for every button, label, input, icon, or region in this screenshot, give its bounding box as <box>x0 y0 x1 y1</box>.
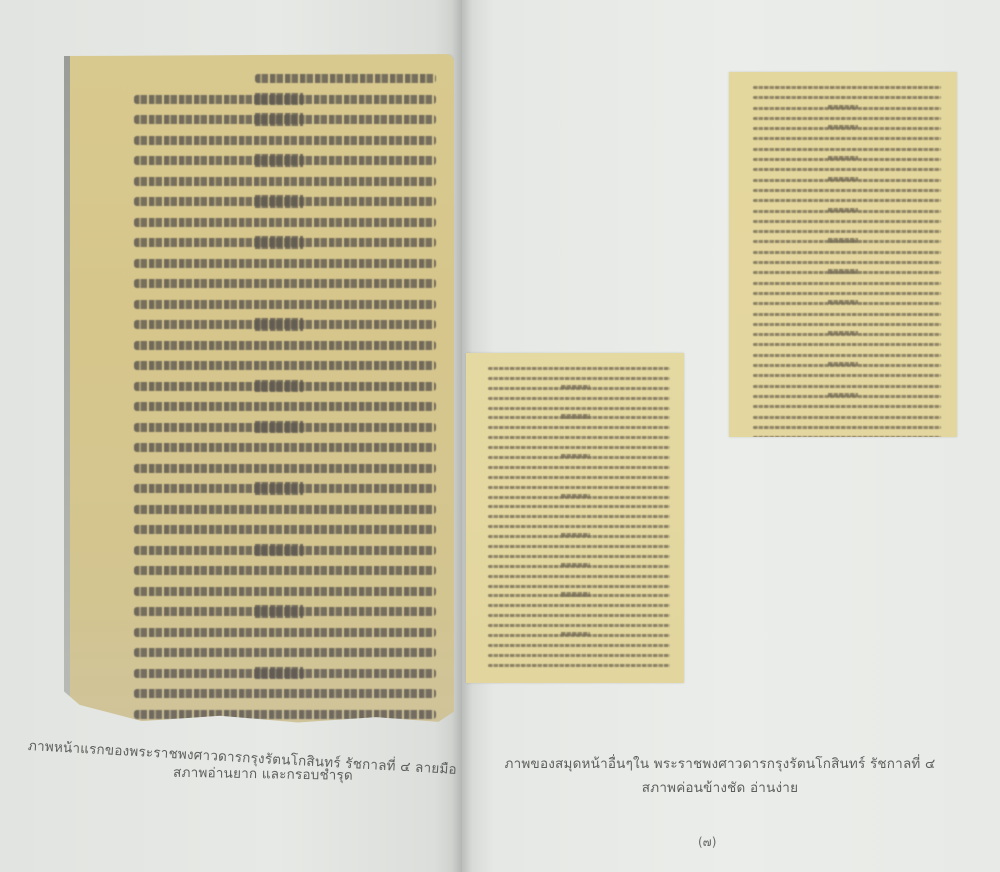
manuscript-page-image-large <box>729 72 957 437</box>
page-number: (๗) <box>698 833 716 852</box>
book-spread: ภาพหน้าแรกของพระราชพงศาวดารกรุงรัตนโกสิน… <box>0 0 1000 872</box>
right-figure-caption: ภาพของสมุดหน้าอื่นๆใน พระราชพงศาวดารกรุง… <box>480 752 960 800</box>
handwritten-text-lines <box>134 74 436 730</box>
manuscript-page-image-small <box>466 353 684 683</box>
right-caption-line-2: สภาพค่อนข้างชัด อ่านง่าย <box>480 776 960 800</box>
handwritten-text-lines <box>753 86 941 437</box>
left-figure-caption: ภาพหน้าแรกของพระราชพงศาวดารกรุงรัตนโกสิน… <box>28 734 468 786</box>
manuscript-edge <box>64 54 70 732</box>
handwritten-text-lines <box>488 367 670 674</box>
manuscript-first-page-image <box>64 54 454 732</box>
right-caption-line-1: ภาพของสมุดหน้าอื่นๆใน พระราชพงศาวดารกรุง… <box>480 752 960 776</box>
